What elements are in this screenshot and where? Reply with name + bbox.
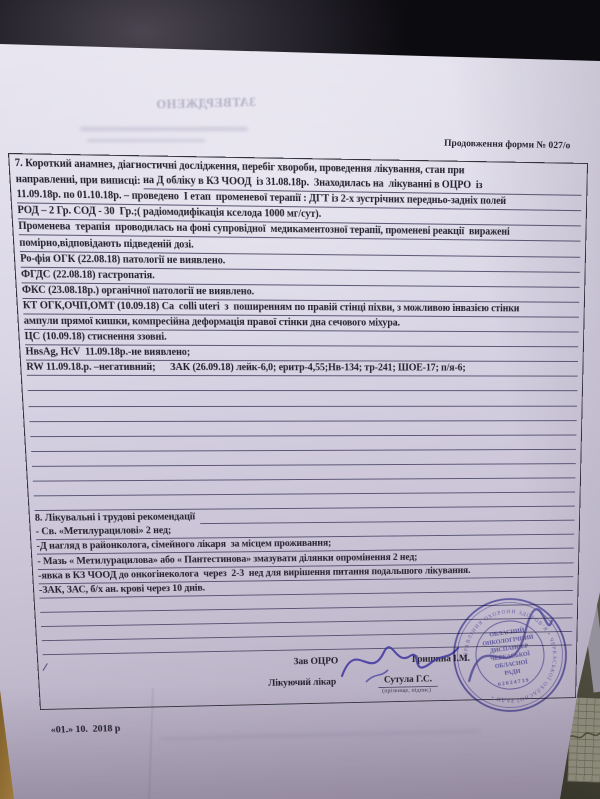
photo-scene: ЗАТВЕРДЖЕНО Продовження форми № 027/о 7.…	[0, 0, 600, 799]
stamp-line: РАДИ	[504, 669, 521, 677]
document-sheet: ЗАТВЕРДЖЕНО Продовження форми № 027/о 7.…	[0, 0, 600, 799]
showthrough-mirrored-title: ЗАТВЕРДЖЕНО	[96, 95, 256, 114]
form-line-label: направленні, при виписці:	[15, 174, 143, 190]
showthrough-line	[80, 127, 248, 131]
form-line-label: 8. Лікувальні і трудові рекомендації	[35, 512, 200, 526]
document-date: «01.» 10. 2018 р	[50, 724, 120, 737]
form-line	[29, 406, 577, 422]
doctor-signature-ink	[336, 632, 464, 688]
form-line: HвsAg, HcV 11.09.18р.-не виявлено;	[25, 345, 578, 362]
form-line-entry: ЦС (10.09.18) стиснення ззовні.	[24, 331, 578, 347]
form-line	[29, 421, 576, 437]
signature-slash: /	[42, 662, 48, 674]
stamp-number: 62024739	[498, 678, 531, 688]
signature-role-label: Зав ОЦРО	[293, 656, 338, 668]
signature-role-label: Лікуючий лікар	[268, 677, 336, 689]
form-line-entry	[28, 389, 578, 391]
form-line: RW 11.09.18.р. –негативний; ЗАК (26.09.1…	[26, 361, 578, 377]
form-line	[31, 450, 576, 467]
form-line-entry: ампули прямої кишки, компресійна деформа…	[23, 316, 578, 333]
form-line	[27, 376, 578, 391]
showthrough-line	[87, 139, 205, 142]
form-line	[30, 435, 576, 452]
form-line: ЦС (10.09.18) стиснення ззовні.	[24, 330, 578, 347]
form-line	[28, 391, 578, 406]
form-line-entry: HвsAg, HcV 11.09.18р.-не виявлено;	[25, 347, 578, 363]
form-number-note: Продовження форми № 027/о	[444, 138, 571, 152]
round-official-stamp: УПРАВЛІННЯ ОХОРОНИ ЗДОРОВ’Я • ЧЕРКАСЬКОЇ…	[442, 587, 578, 723]
form-line-entry: RW 11.09.18.р. –негативний; ЗАК (26.09.1…	[26, 362, 578, 377]
